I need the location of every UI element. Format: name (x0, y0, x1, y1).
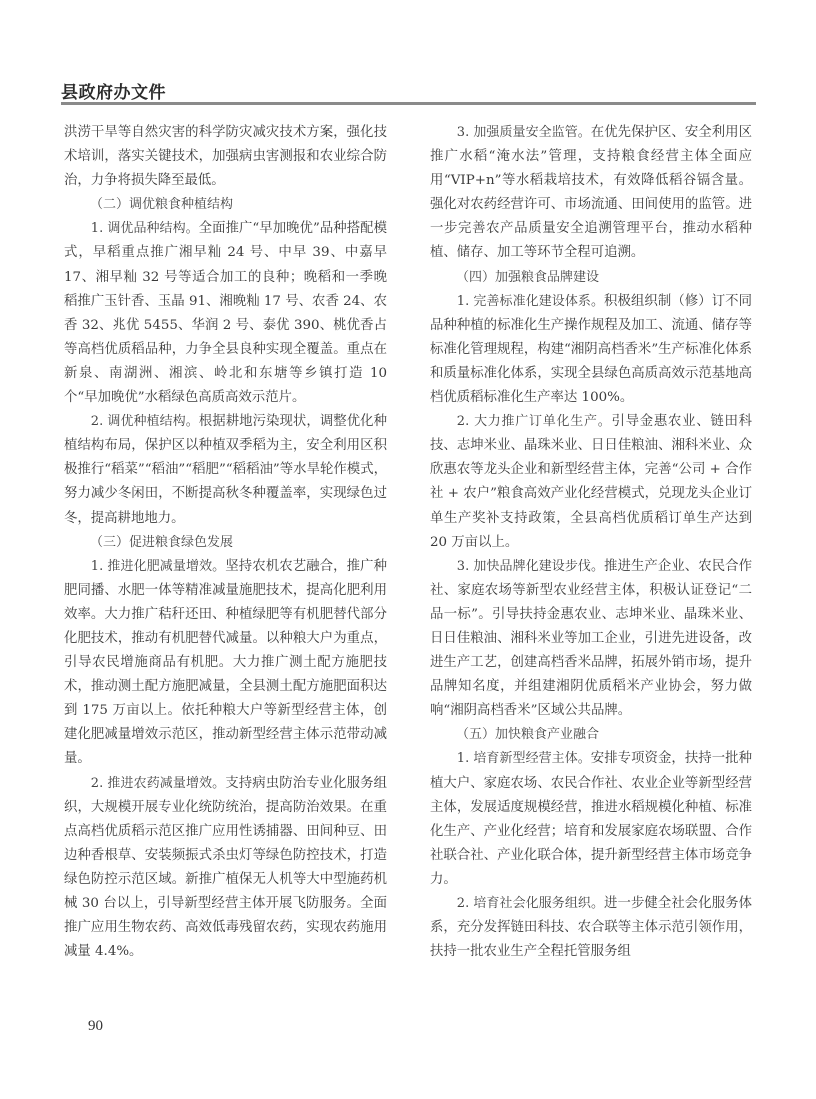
paragraph-body: 坚持农机农艺融合，推广种肥同播、水肥一体等精准减量施肥技术，提高化肥利用效率。大… (64, 559, 387, 767)
page-header-title: 县政府办文件 (61, 78, 166, 103)
paragraph-body: 根据耕地污染现状，调整优化种植结构布局，保护区以种植双季稻为主，安全利用区积极推… (64, 414, 387, 525)
paragraph-quality-supervision: 3. 加强质量安全监管。在优先保护区、安全利用区推广水稻“淹水法”管理，支持粮食… (430, 121, 752, 266)
paragraph-fertilizer: 1. 推进化肥减量增效。坚持农机农艺融合，推广种肥同播、水肥一体等精准减量施肥技… (64, 555, 387, 772)
paragraph-body: 在优先保护区、安全利用区推广水稻“淹水法”管理，支持粮食经营主体全面应用“VIP… (430, 125, 752, 260)
paragraph-continued: 洪涝干旱等自然灾害的科学防灾减灾技术方案，强化技术培训，落实关键技术，加强病虫害… (64, 121, 387, 193)
paragraph-body: 全面推广“早加晚优”品种搭配模式，早稻重点推广湘早籼 24 号、中早 39、中嘉… (64, 221, 387, 405)
paragraph-planting-structure: 2. 调优种植结构。根据耕地污染现状，调整优化种植结构布局，保护区以种植双季稻为… (64, 410, 387, 530)
paragraph-lead: 2. 调优种植结构。 (91, 414, 199, 429)
paragraph-lead: 1. 培育新型经营主体。 (457, 751, 591, 766)
paragraph-lead: 2. 培育社会化服务组织。 (457, 896, 604, 911)
paragraph-lead: 1. 调优品种结构。 (91, 221, 199, 236)
paragraph-lead: 3. 加强质量安全监管。 (457, 125, 591, 140)
paragraph-lead: 2. 大力推广订单化生产。 (457, 414, 612, 429)
paragraph-body: 引导金惠农业、链田科技、志坤米业、晶珠米业、日日佳粮油、湘科米业、众欣惠农等龙头… (430, 414, 752, 549)
paragraph-pesticide: 2. 推进农药减量增效。支持病虫防治专业化服务组织，大规模开展专业化统防统治，提… (64, 772, 387, 965)
right-column: 3. 加强质量安全监管。在优先保护区、安全利用区推广水稻“淹水法”管理，支持粮食… (430, 121, 752, 964)
paragraph-standardization: 1. 完善标准化建设体系。积极组织制（修）订不同品种种植的标准化生产操作规程及加… (430, 290, 752, 410)
header-rule-divider (61, 102, 756, 105)
paragraph-body: 支持病虫防治专业化服务组织，大规模开展专业化统防统治，提高防治效果。在重点高档优… (64, 776, 387, 960)
paragraph-social-services: 2. 培育社会化服务组织。进一步健全社会化服务体系，充分发挥链田科技、农合联等主… (430, 892, 752, 964)
left-column: 洪涝干旱等自然灾害的科学防灾减灾技术方案，强化技术培训，落实关键技术，加强病虫害… (64, 121, 387, 964)
paragraph-lead: 2. 推进农药减量增效。 (91, 776, 225, 791)
section-heading-5: （五）加快粮食产业融合 (430, 723, 752, 747)
paragraph-lead: 1. 完善标准化建设体系。 (457, 294, 604, 309)
page-number: 90 (88, 1018, 103, 1035)
paragraph-lead: 1. 推进化肥减量增效。 (91, 559, 225, 574)
paragraph-body: 积极组织制（修）订不同品种种植的标准化生产操作规程及加工、流通、储存等标准化管理… (430, 294, 752, 405)
paragraph-new-entities: 1. 培育新型经营主体。安排专项资金，扶持一批种植大户、家庭农场、农民合作社、农… (430, 747, 752, 892)
paragraph-body: 推进生产企业、农民合作社、家庭农场等新型农业经营主体，积极认证登记“二品一标”。… (430, 559, 752, 719)
section-heading-2: （二）调优粮食种植结构 (64, 193, 387, 217)
paragraph-branding: 3. 加快品牌化建设步伐。推进生产企业、农民合作社、家庭农场等新型农业经营主体，… (430, 555, 752, 724)
section-heading-4: （四）加强粮食品牌建设 (430, 266, 752, 290)
paragraph-lead: 3. 加快品牌化建设步伐。 (457, 559, 604, 574)
paragraph-order-production: 2. 大力推广订单化生产。引导金惠农业、链田科技、志坤米业、晶珠米业、日日佳粮油… (430, 410, 752, 555)
section-heading-3: （三）促进粮食绿色发展 (64, 531, 387, 555)
paragraph-variety-structure: 1. 调优品种结构。全面推广“早加晚优”品种搭配模式，早稻重点推广湘早籼 24 … (64, 217, 387, 410)
paragraph-body: 安排专项资金，扶持一批种植大户、家庭农场、农民合作社、农业企业等新型经营主体，发… (430, 751, 752, 886)
